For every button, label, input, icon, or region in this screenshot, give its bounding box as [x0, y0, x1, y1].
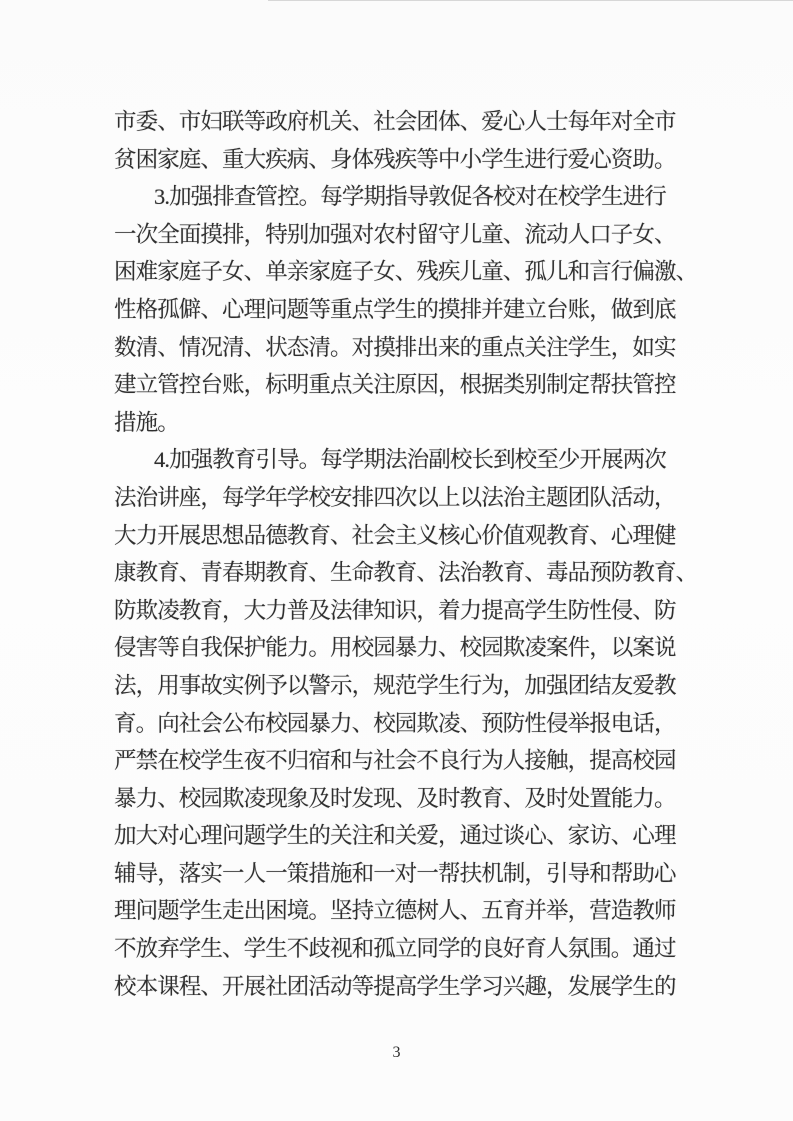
text-line: 育。向社会公布校园暴力、校园欺凌、预防性侵举报电话， — [114, 705, 718, 743]
text-line: 不放弃学生、学生不歧视和孤立同学的良好育人氛围。通过 — [114, 930, 718, 968]
document-body: 市委、市妇联等政府机关、社会团体、爱心人士每年对全市 贫困家庭、重大疾病、身体残… — [114, 103, 718, 1005]
text-line: 暴力、校园欺凌现象及时发现、及时教育、及时处置能力。 — [114, 780, 718, 818]
text-line: 贫困家庭、重大疾病、身体残疾等中小学生进行爱心资助。 — [114, 141, 718, 179]
text-line: 辅导，落实一人一策措施和一对一帮扶机制，引导和帮助心 — [114, 855, 718, 893]
text-line: 一次全面摸排，特别加强对农村留守儿童、流动人口子女、 — [114, 216, 718, 254]
document-page: 市委、市妇联等政府机关、社会团体、爱心人士每年对全市 贫困家庭、重大疾病、身体残… — [0, 0, 793, 1121]
text-line: 理问题学生走出困境。坚持立德树人、五育并举，营造教师 — [114, 892, 718, 930]
text-line: 困难家庭子女、单亲家庭子女、残疾儿童、孤儿和言行偏激、 — [114, 253, 718, 291]
text-line-paragraph-start: 4.加强教育引导。每学期法治副校长到校至少开展两次 — [114, 441, 718, 479]
text-line: 性格孤僻、心理问题等重点学生的摸排并建立台账，做到底 — [114, 291, 718, 329]
text-line: 大力开展思想品德教育、社会主义核心价值观教育、心理健 — [114, 517, 718, 555]
text-line: 康教育、青春期教育、生命教育、法治教育、毒品预防教育、 — [114, 554, 718, 592]
text-line-paragraph-start: 3.加强排查管控。每学期指导敦促各校对在校学生进行 — [114, 178, 718, 216]
text-line: 法，用事故实例予以警示，规范学生行为，加强团结友爱教 — [114, 667, 718, 705]
text-line: 严禁在校学生夜不归宿和与社会不良行为人接触，提高校园 — [114, 742, 718, 780]
scan-edge-artifact — [268, 0, 793, 1]
text-line: 校本课程、开展社团活动等提高学生学习兴趣，发展学生的 — [114, 968, 718, 1006]
text-line: 防欺凌教育，大力普及法律知识，着力提高学生防性侵、防 — [114, 592, 718, 630]
text-line: 数清、情况清、状态清。对摸排出来的重点关注学生，如实 — [114, 329, 718, 367]
text-line: 市委、市妇联等政府机关、社会团体、爱心人士每年对全市 — [114, 103, 718, 141]
text-line: 侵害等自我保护能力。用校园暴力、校园欺凌案件，以案说 — [114, 629, 718, 667]
page-number: 3 — [0, 1044, 793, 1062]
text-line: 建立管控台账，标明重点关注原因，根据类别制定帮扶管控 — [114, 366, 718, 404]
text-line: 法治讲座，每学年学校安排四次以上以法治主题团队活动， — [114, 479, 718, 517]
text-line: 加大对心理问题学生的关注和关爱，通过谈心、家访、心理 — [114, 817, 718, 855]
text-line: 措施。 — [114, 404, 718, 442]
